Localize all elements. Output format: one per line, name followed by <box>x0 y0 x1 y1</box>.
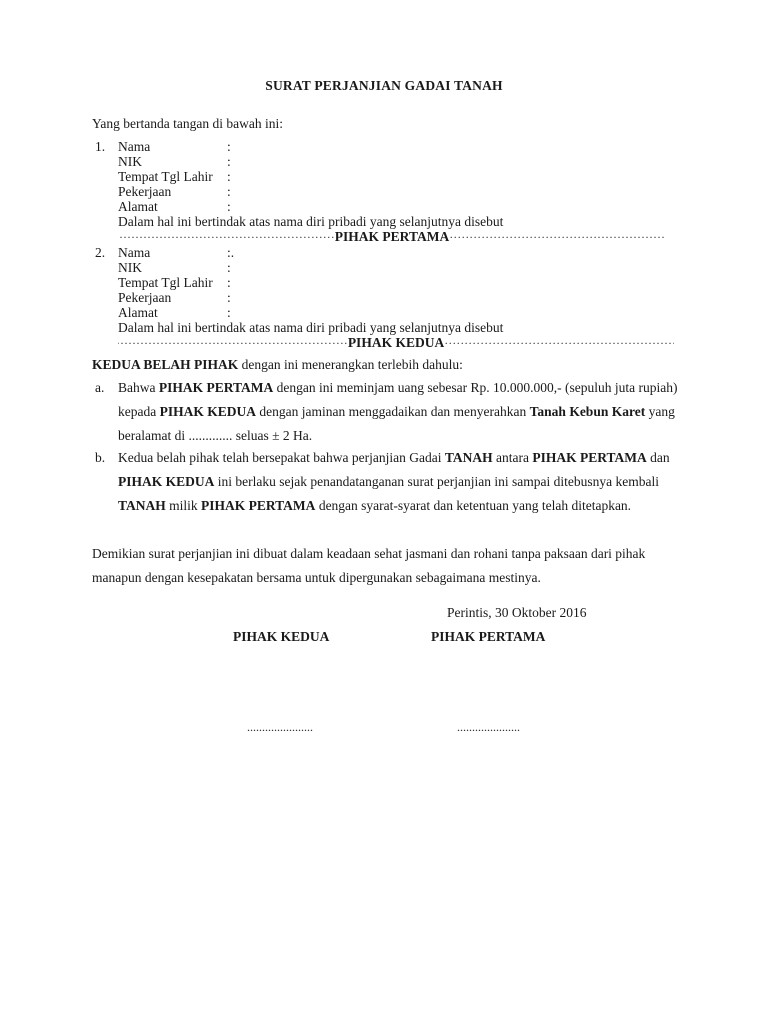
document-title: SURAT PERJANJIAN GADAI TANAH <box>0 78 768 94</box>
field-colon: : <box>227 260 231 276</box>
intro-text: Yang bertanda tangan di bawah ini: <box>92 116 283 132</box>
clause-text: milik <box>166 498 201 513</box>
field-label-nama: Nama <box>118 245 150 261</box>
field-colon: : <box>227 169 231 185</box>
field-colon: : <box>227 305 231 321</box>
clause-a: Bahwa PIHAK PERTAMA dengan ini meminjam … <box>118 376 678 448</box>
field-colon: : <box>227 184 231 200</box>
party-role: PIHAK PERTAMA <box>335 229 449 245</box>
bold-term: Tanah Kebun Karet <box>530 404 646 419</box>
party-role-line: ········································… <box>118 335 674 351</box>
clause-text: dan <box>647 450 670 465</box>
dotted-leader: ········································… <box>118 230 335 245</box>
closing-paragraph: Demikian surat perjanjian ini dibuat dal… <box>92 542 692 590</box>
clause-text: Bahwa <box>118 380 159 395</box>
signature-role-pertama: PIHAK PERTAMA <box>431 629 545 645</box>
field-label-ttl: Tempat Tgl Lahir <box>118 275 213 291</box>
clause-marker: b. <box>95 450 105 466</box>
field-label-nama: Nama <box>118 139 150 155</box>
clause-text: dengan syarat-syarat dan ketentuan yang … <box>315 498 631 513</box>
dotted-leader: ········································… <box>449 230 666 245</box>
field-colon: : <box>227 290 231 306</box>
signature-line-pertama: ..................... <box>457 720 520 735</box>
bold-term: TANAH <box>445 450 493 465</box>
field-label-pekerjaan: Pekerjaan <box>118 184 171 200</box>
clause-b: Kedua belah pihak telah bersepakat bahwa… <box>118 446 678 518</box>
bold-term: TANAH <box>118 498 166 513</box>
field-colon: : <box>227 154 231 170</box>
field-colon: :. <box>227 245 234 261</box>
signature-role-kedua: PIHAK KEDUA <box>233 629 329 645</box>
field-colon: : <box>227 139 231 155</box>
bold-term: PIHAK KEDUA <box>118 474 214 489</box>
field-label-pekerjaan: Pekerjaan <box>118 290 171 306</box>
preamble: KEDUA BELAH PIHAK dengan ini menerangkan… <box>92 357 463 373</box>
field-label-alamat: Alamat <box>118 199 158 215</box>
party-statement: Dalam hal ini bertindak atas nama diri p… <box>118 214 503 230</box>
preamble-text: dengan ini menerangkan terlebih dahulu: <box>238 357 463 372</box>
clause-text: Kedua belah pihak telah bersepakat bahwa… <box>118 450 445 465</box>
dotted-leader: ········································… <box>444 336 674 351</box>
clause-text: antara <box>493 450 533 465</box>
bold-term: PIHAK PERTAMA <box>159 380 273 395</box>
party-statement: Dalam hal ini bertindak atas nama diri p… <box>118 320 503 336</box>
field-label-nik: NIK <box>118 260 142 276</box>
field-label-ttl: Tempat Tgl Lahir <box>118 169 213 185</box>
party-number: 1. <box>95 139 105 155</box>
clause-text: ini berlaku sejak penandatanganan surat … <box>214 474 659 489</box>
field-colon: : <box>227 275 231 291</box>
party-number: 2. <box>95 245 105 261</box>
bold-term: PIHAK KEDUA <box>160 404 256 419</box>
preamble-bold: KEDUA BELAH PIHAK <box>92 357 238 372</box>
field-colon: : <box>227 199 231 215</box>
field-label-alamat: Alamat <box>118 305 158 321</box>
bold-term: PIHAK PERTAMA <box>201 498 315 513</box>
dotted-leader: ········································… <box>118 336 348 351</box>
place-date: Perintis, 30 Oktober 2016 <box>447 605 587 621</box>
party-role-line: ········································… <box>118 229 666 245</box>
signature-line-kedua: ...................... <box>247 720 313 735</box>
field-label-nik: NIK <box>118 154 142 170</box>
bold-term: PIHAK PERTAMA <box>532 450 646 465</box>
clause-marker: a. <box>95 380 104 396</box>
party-role: PIHAK KEDUA <box>348 335 444 351</box>
clause-text: dengan jaminan menggadaikan dan menyerah… <box>256 404 530 419</box>
